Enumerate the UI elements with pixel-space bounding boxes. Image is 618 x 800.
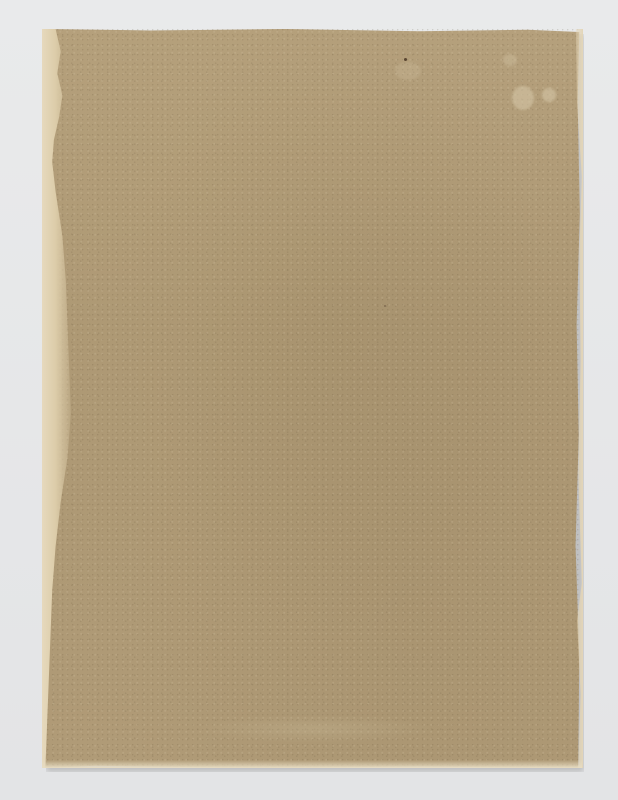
water-stain bbox=[542, 88, 556, 102]
water-stain bbox=[503, 54, 517, 66]
dark-speck bbox=[404, 58, 407, 61]
dark-speck bbox=[384, 305, 386, 307]
embossed-mark bbox=[195, 715, 435, 743]
water-stain bbox=[395, 62, 421, 80]
photo-background bbox=[0, 0, 618, 800]
paper-texture bbox=[42, 29, 582, 768]
water-stain bbox=[512, 86, 534, 110]
bottom-edge bbox=[42, 760, 582, 768]
